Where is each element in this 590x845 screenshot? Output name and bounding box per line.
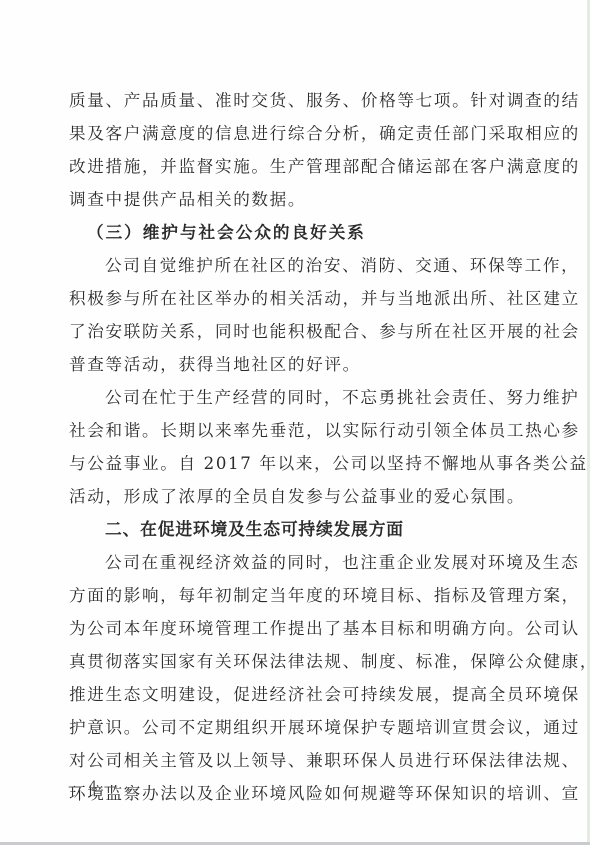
page-number: — 4 — <box>68 779 119 795</box>
text-line: 真贯彻落实国家有关环保法律法规、制度、标准，保障公众健康， <box>69 645 509 678</box>
paragraph-customer-survey: 质量、产品质量、准时交货、服务、价格等七项。针对调查的结 果及客户满意度的信息进… <box>69 84 509 216</box>
text-line: 质量、产品质量、准时交货、服务、价格等七项。针对调查的结 <box>69 84 509 117</box>
paragraph-community: 公司自觉维护所在社区的治安、消防、交通、环保等工作， 积极参与所在社区举办的相关… <box>69 249 509 381</box>
text-line: 积极参与所在社区举办的相关活动，并与当地派出所、社区建立 <box>69 282 509 315</box>
document-page: 质量、产品质量、准时交货、服务、价格等七项。针对调查的结 果及客户满意度的信息进… <box>0 0 587 842</box>
page-content: 质量、产品质量、准时交货、服务、价格等七项。针对调查的结 果及客户满意度的信息进… <box>69 84 509 810</box>
text-line: 为公司本年度环境管理工作提出了基本目标和明确方向。公司认 <box>69 612 509 645</box>
text-line: 环境监察办法以及企业环境风险如何规避等环保知识的培训、宣 <box>69 777 509 810</box>
text-line: 公司在忙于生产经营的同时，不忘勇挑社会责任、努力维护 <box>69 381 509 414</box>
text-line: 推进生态文明建设，促进经济社会可持续发展，提高全员环境保 <box>69 678 509 711</box>
text-line: 了治安联防关系，同时也能积极配合、参与所在社区开展的社会 <box>69 315 509 348</box>
text-line: 对公司相关主管及以上领导、兼职环保人员进行环保法律法规、 <box>69 744 509 777</box>
text-line: 公司自觉维护所在社区的治安、消防、交通、环保等工作， <box>69 249 509 282</box>
paragraph-public-welfare: 公司在忙于生产经营的同时，不忘勇挑社会责任、努力维护 社会和谐。长期以来率先垂范… <box>69 381 509 513</box>
text-line: 果及客户满意度的信息进行综合分析，确定责任部门采取相应的 <box>69 117 509 150</box>
text-line: 调查中提供产品相关的数据。 <box>69 183 509 216</box>
subheading-public-relations: （三）维护与社会公众的良好关系 <box>69 216 509 249</box>
text-line: 方面的影响，每年初制定当年度的环境目标、指标及管理方案， <box>69 579 509 612</box>
text-line: 改进措施，并监督实施。生产管理部配合储运部在客户满意度的 <box>69 150 509 183</box>
heading-environment: 二、在促进环境及生态可持续发展方面 <box>69 513 509 546</box>
text-line: 普查等活动，获得当地社区的好评。 <box>69 348 509 381</box>
text-line: 社会和谐。长期以来率先垂范，以实际行动引领全体员工热心参 <box>69 414 509 447</box>
paragraph-environment: 公司在重视经济效益的同时，也注重企业发展对环境及生态 方面的影响，每年初制定当年… <box>69 546 509 810</box>
text-line: 与公益事业。自 2017 年以来，公司以坚持不懈地从事各类公益 <box>69 447 509 480</box>
text-line: 公司在重视经济效益的同时，也注重企业发展对环境及生态 <box>69 546 509 579</box>
text-line: 活动，形成了浓厚的全员自发参与公益事业的爱心氛围。 <box>69 480 509 513</box>
text-line: 护意识。公司不定期组织开展环境保护专题培训宣贯会议，通过 <box>69 711 509 744</box>
